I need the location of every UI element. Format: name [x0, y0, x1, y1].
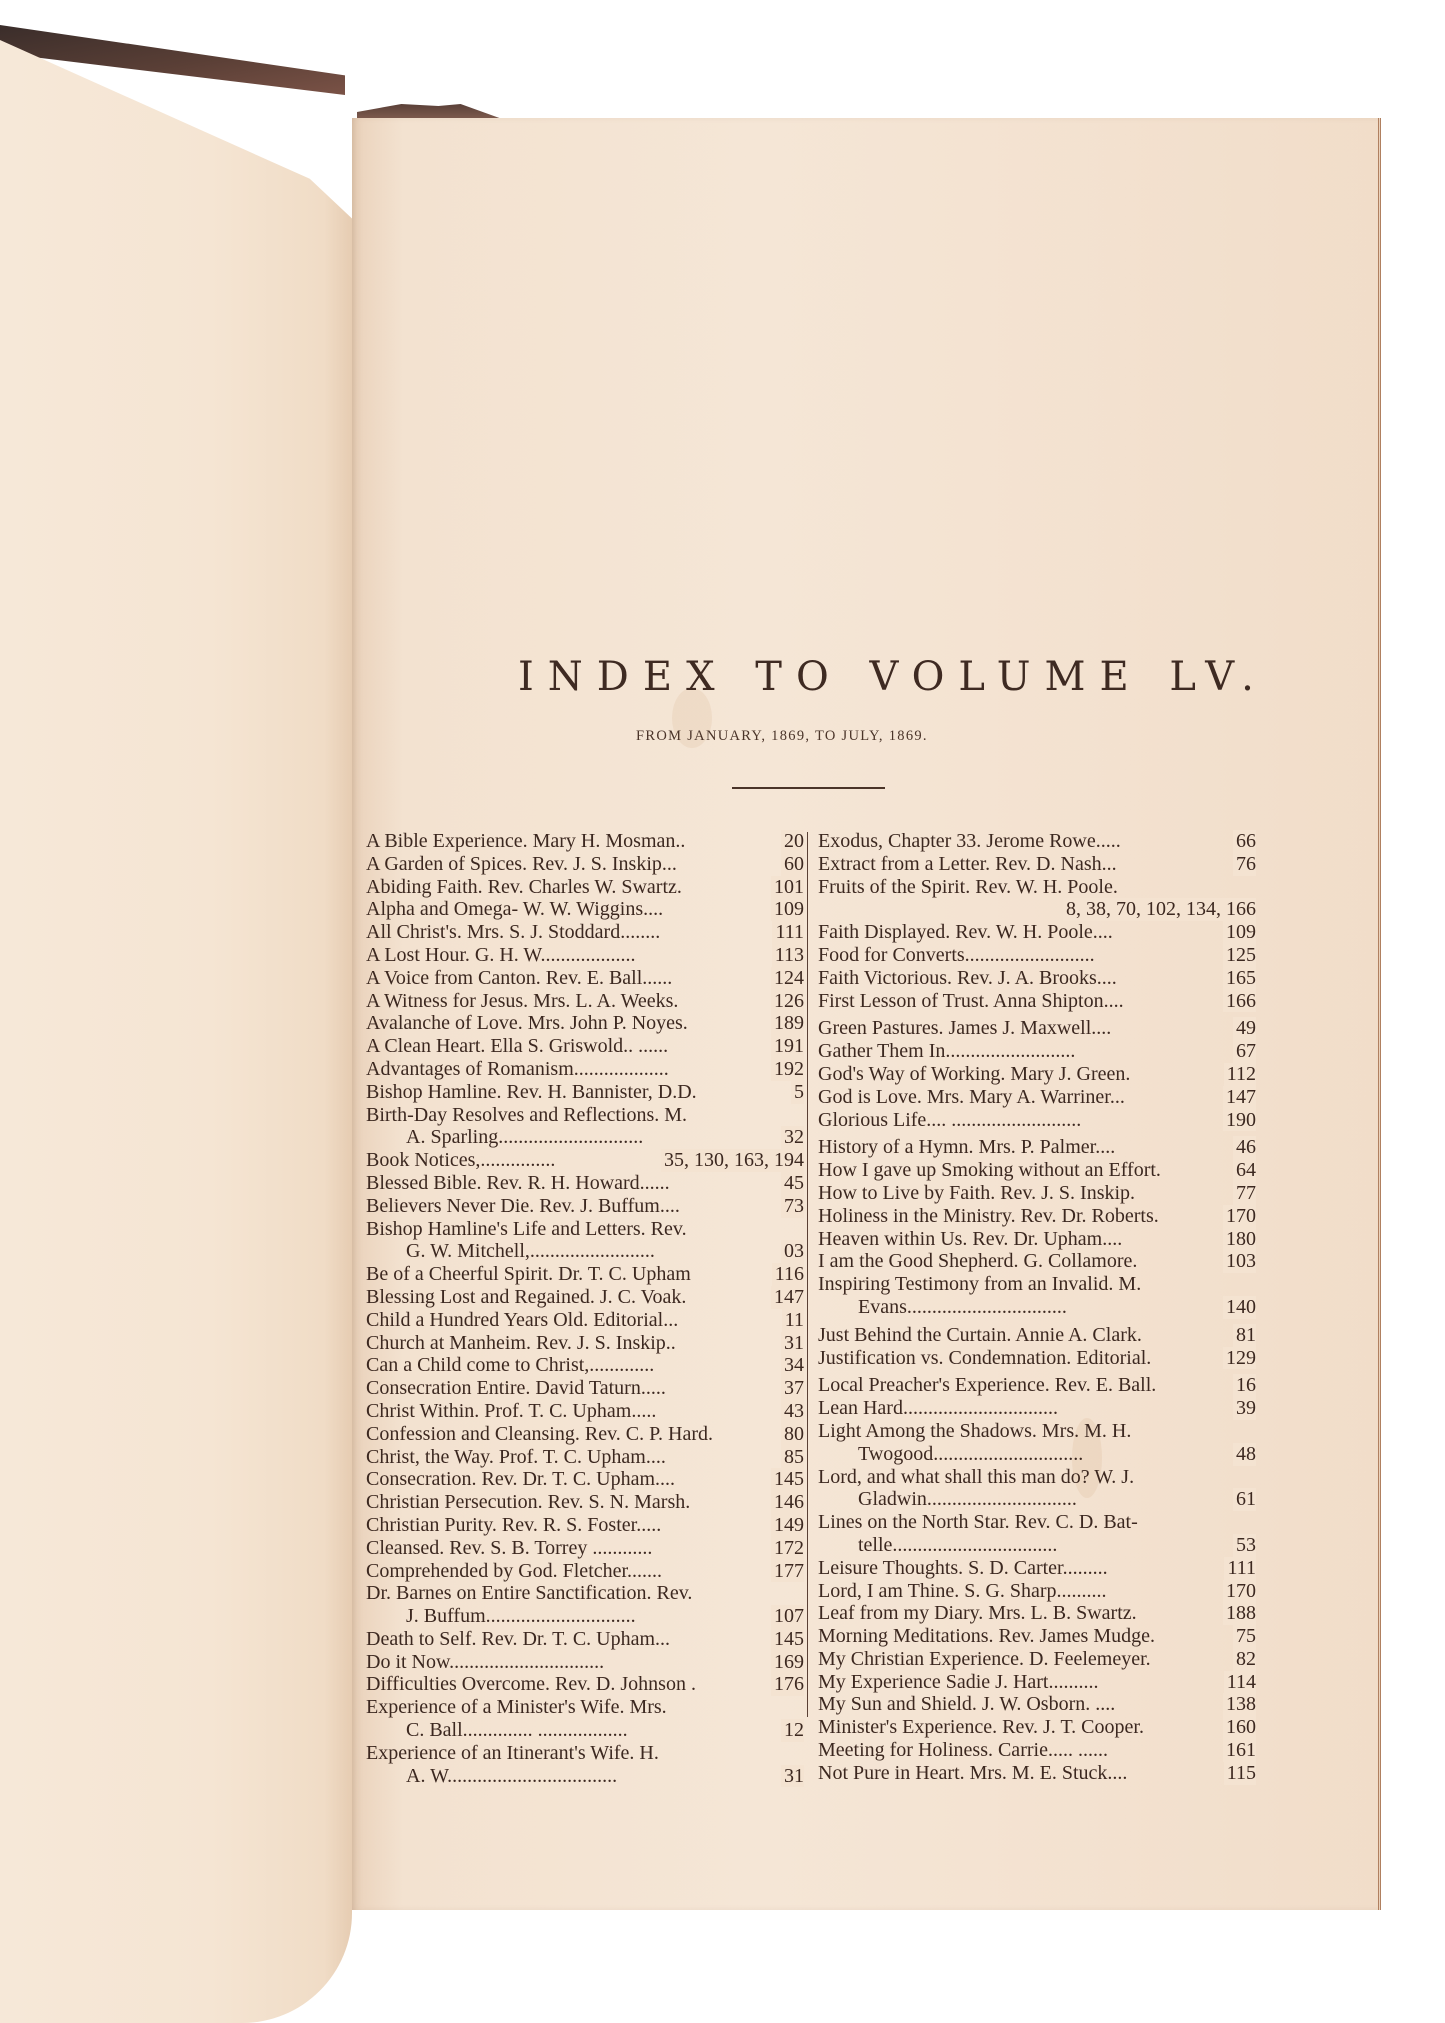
entry-page-number: 149: [771, 1514, 804, 1537]
entry-page-number: 109: [1223, 921, 1256, 944]
entry-title: Confession and Cleansing. Rev. C. P. Har…: [366, 1423, 713, 1445]
entry-page-number: 35, 130, 163, 194: [661, 1149, 804, 1172]
index-entry: A Witness for Jesus. Mrs. L. A. Weeks.12…: [366, 990, 804, 1013]
entry-page-number: 114: [1224, 1671, 1256, 1694]
entry-title: Christian Persecution. Rev. S. N. Marsh.: [366, 1491, 690, 1513]
entry-title: My Experience Sadie J. Hart..........: [818, 1671, 1098, 1693]
entry-title: Experience of an Itinerant's Wife. H.: [366, 1742, 659, 1764]
entry-page-number: 191: [771, 1035, 804, 1058]
index-entry: Christian Persecution. Rev. S. N. Marsh.…: [366, 1491, 804, 1514]
entry-page-number: 129: [1223, 1347, 1256, 1370]
entry-page-number: 76: [1233, 853, 1256, 876]
index-entry: Birth-Day Resolves and Reflections. M.: [366, 1104, 804, 1127]
entry-title: A Clean Heart. Ella S. Griswold.. ......: [366, 1035, 668, 1057]
index-entry: Leaf from my Diary. Mrs. L. B. Swartz.18…: [818, 1602, 1256, 1625]
index-entry: God's Way of Working. Mary J. Green.112: [818, 1063, 1256, 1086]
entry-title: Dr. Barnes on Entire Sanctification. Rev…: [366, 1582, 692, 1604]
entry-title: Evans................................: [858, 1296, 1067, 1318]
entry-page-number: 81: [1233, 1324, 1256, 1347]
entry-title: Twogood..............................: [858, 1443, 1083, 1465]
entry-title: Child a Hundred Years Old. Editorial...: [366, 1309, 678, 1331]
index-entry: Justification vs. Condemnation. Editoria…: [818, 1347, 1256, 1370]
entry-title: History of a Hymn. Mrs. P. Palmer....: [818, 1136, 1115, 1158]
index-entry: Christian Purity. Rev. R. S. Foster.....…: [366, 1514, 804, 1537]
entry-title: Gather Them In..........................: [818, 1040, 1075, 1062]
entry-title: Christian Purity. Rev. R. S. Foster.....: [366, 1514, 661, 1536]
index-entry: Gather Them In..........................…: [818, 1040, 1256, 1063]
index-entry: My Christian Experience. D. Feelemeyer.8…: [818, 1648, 1256, 1671]
entry-title: Consecration Entire. David Taturn.....: [366, 1377, 666, 1399]
page-subtitle: FROM JANUARY, 1869, TO JULY, 1869.: [636, 728, 928, 745]
entry-page-number: 66: [1233, 830, 1256, 853]
index-entry: Comprehended by God. Fletcher.......177: [366, 1560, 804, 1583]
index-entry: Experience of a Minister's Wife. Mrs.: [366, 1696, 804, 1719]
entry-page-number: 147: [1223, 1086, 1256, 1109]
entry-title: Light Among the Shadows. Mrs. M. H.: [818, 1420, 1131, 1442]
index-entry: C. Ball.............. ..................…: [366, 1719, 804, 1742]
index-entry: Consecration. Rev. Dr. T. C. Upham....14…: [366, 1468, 804, 1491]
entry-page-number: 115: [1224, 1762, 1256, 1785]
index-entry: Church at Manheim. Rev. J. S. Inskip..31: [366, 1332, 804, 1355]
index-entry: Glorious Life.... ......................…: [818, 1109, 1256, 1132]
entry-title: How I gave up Smoking without an Effort.: [818, 1159, 1161, 1181]
entry-title: telle.................................: [858, 1534, 1057, 1556]
entry-page-number: 61: [1233, 1488, 1256, 1511]
entry-title: I am the Good Shepherd. G. Collamore.: [818, 1250, 1137, 1272]
entry-page-number: 146: [771, 1491, 804, 1514]
entry-title: Blessed Bible. Rev. R. H. Howard......: [366, 1172, 670, 1194]
entry-page-number: 5: [791, 1081, 804, 1104]
entry-page-number: 166: [1223, 990, 1256, 1013]
entry-page-number: 16: [1233, 1374, 1256, 1397]
index-entry: All Christ's. Mrs. S. J. Stoddard.......…: [366, 921, 804, 944]
entry-title: Heaven within Us. Rev. Dr. Upham....: [818, 1228, 1122, 1250]
index-entry: Faith Displayed. Rev. W. H. Poole....109: [818, 921, 1256, 944]
index-entry: Christ Within. Prof. T. C. Upham.....43: [366, 1400, 804, 1423]
index-entry: Just Behind the Curtain. Annie A. Clark.…: [818, 1324, 1256, 1347]
entry-title: Difficulties Overcome. Rev. D. Johnson .: [366, 1673, 696, 1695]
index-entry: Death to Self. Rev. Dr. T. C. Upham...14…: [366, 1628, 804, 1651]
entry-title: A. Sparling.............................: [406, 1126, 643, 1148]
entry-page-number: 46: [1233, 1136, 1256, 1159]
entry-page-number: 107: [771, 1605, 804, 1628]
index-entry: Lines on the North Star. Rev. C. D. Bat-: [818, 1511, 1256, 1534]
index-entry: My Sun and Shield. J. W. Osborn. ....138: [818, 1693, 1256, 1716]
index-entry: A. W..................................31: [366, 1765, 804, 1788]
entry-title: First Lesson of Trust. Anna Shipton....: [818, 990, 1124, 1012]
index-entry: Leisure Thoughts. S. D. Carter.........1…: [818, 1557, 1256, 1580]
entry-page-number: 192: [771, 1058, 804, 1081]
entry-page-number: 189: [771, 1012, 804, 1035]
index-entry: A. Sparling.............................…: [366, 1126, 804, 1149]
entry-title: Glorious Life.... ......................…: [818, 1109, 1081, 1131]
entry-title: Christ, the Way. Prof. T. C. Upham....: [366, 1446, 666, 1468]
index-entry: Can a Child come to Christ,.............…: [366, 1354, 804, 1377]
entry-page-number: 34: [781, 1354, 804, 1377]
entry-title: Morning Meditations. Rev. James Mudge.: [818, 1625, 1155, 1647]
entry-title: Lord, I am Thine. S. G. Sharp..........: [818, 1580, 1107, 1602]
entry-title: Be of a Cheerful Spirit. Dr. T. C. Upham: [366, 1263, 691, 1285]
entry-page-number: 32: [781, 1126, 804, 1149]
index-entry: A Lost Hour. G. H. W...................1…: [366, 944, 804, 967]
entry-title: Lord, and what shall this man do? W. J.: [818, 1466, 1134, 1488]
index-entry: Experience of an Itinerant's Wife. H.: [366, 1742, 804, 1765]
entry-page-number: 190: [1223, 1109, 1256, 1132]
entry-title: Just Behind the Curtain. Annie A. Clark.: [818, 1324, 1142, 1346]
index-entry: Bishop Hamline. Rev. H. Bannister, D.D.5: [366, 1081, 804, 1104]
index-entry: Food for Converts.......................…: [818, 944, 1256, 967]
entry-title: Book Notices,...............: [366, 1149, 555, 1171]
index-entry: Confession and Cleansing. Rev. C. P. Har…: [366, 1423, 804, 1446]
entry-title: Meeting for Holiness. Carrie..... ......: [818, 1739, 1108, 1761]
entry-title: Do it Now...............................: [366, 1651, 604, 1673]
entry-title: Blessing Lost and Regained. J. C. Voak.: [366, 1286, 686, 1308]
entry-page-number: 31: [781, 1765, 804, 1788]
entry-title: Church at Manheim. Rev. J. S. Inskip..: [366, 1332, 676, 1354]
index-entry: A Voice from Canton. Rev. E. Ball......1…: [366, 967, 804, 990]
index-entry: Lord, I am Thine. S. G. Sharp..........1…: [818, 1580, 1256, 1603]
index-entry: A Clean Heart. Ella S. Griswold.. ......…: [366, 1035, 804, 1058]
index-entry: Morning Meditations. Rev. James Mudge.75: [818, 1625, 1256, 1648]
entry-title: Alpha and Omega- W. W. Wiggins....: [366, 898, 663, 920]
entry-page-number: 49: [1233, 1017, 1256, 1040]
entry-page-number: 170: [1223, 1580, 1256, 1603]
entry-title: How to Live by Faith. Rev. J. S. Inskip.: [818, 1182, 1135, 1204]
index-entry: Inspiring Testimony from an Invalid. M.: [818, 1273, 1256, 1296]
index-entry: Twogood..............................48: [818, 1443, 1256, 1466]
entry-page-number: 45: [781, 1172, 804, 1195]
entry-page-number: 111: [1224, 1557, 1256, 1580]
entry-page-number: 82: [1233, 1648, 1256, 1671]
index-entry: Exodus, Chapter 33. Jerome Rowe.....66: [818, 830, 1256, 853]
entry-page-number: 11: [782, 1309, 804, 1332]
entry-page-number: 48: [1233, 1443, 1256, 1466]
entry-page-number: 37: [781, 1377, 804, 1400]
entry-page-number: 77: [1233, 1182, 1256, 1205]
index-entry: Fruits of the Spirit. Rev. W. H. Poole.: [818, 876, 1256, 899]
entry-title: Minister's Experience. Rev. J. T. Cooper…: [818, 1716, 1144, 1738]
left-page: [0, 40, 352, 2023]
entry-page-number: 64: [1233, 1159, 1256, 1182]
entry-page-number: 116: [772, 1263, 804, 1286]
index-entry: Consecration Entire. David Taturn.....37: [366, 1377, 804, 1400]
title-rule: [732, 787, 885, 789]
index-entry: telle.................................53: [818, 1534, 1256, 1557]
index-entry: 8, 38, 70, 102, 134, 166: [818, 898, 1256, 921]
index-entry: Lord, and what shall this man do? W. J.: [818, 1466, 1256, 1489]
entry-title: Bishop Hamline's Life and Letters. Rev.: [366, 1218, 687, 1240]
entry-title: Cleansed. Rev. S. B. Torrey ............: [366, 1537, 652, 1559]
entry-page-number: 145: [771, 1628, 804, 1651]
index-entry: Minister's Experience. Rev. J. T. Cooper…: [818, 1716, 1256, 1739]
index-entry: Holiness in the Ministry. Rev. Dr. Rober…: [818, 1205, 1256, 1228]
index-entry: A Garden of Spices. Rev. J. S. Inskip...…: [366, 853, 804, 876]
entry-title: God is Love. Mrs. Mary A. Warriner...: [818, 1086, 1125, 1108]
index-entry: A Bible Experience. Mary H. Mosman..20: [366, 830, 804, 853]
entry-page-number: 39: [1233, 1397, 1256, 1420]
entry-title: My Sun and Shield. J. W. Osborn. ....: [818, 1693, 1115, 1715]
entry-title: Gladwin..............................: [858, 1488, 1077, 1510]
entry-title: Leaf from my Diary. Mrs. L. B. Swartz.: [818, 1602, 1137, 1624]
entry-page-number: 113: [772, 944, 804, 967]
index-column-right: Exodus, Chapter 33. Jerome Rowe.....66Ex…: [818, 830, 1256, 1785]
index-entry: Do it Now...............................…: [366, 1651, 804, 1674]
entry-page-number: 31: [781, 1332, 804, 1355]
entry-page-number: 85: [781, 1446, 804, 1469]
entry-title: Birth-Day Resolves and Reflections. M.: [366, 1104, 687, 1126]
entry-title: A Bible Experience. Mary H. Mosman..: [366, 830, 685, 852]
entry-page-number: 67: [1233, 1040, 1256, 1063]
entry-page-number: 75: [1233, 1625, 1256, 1648]
index-entry: Meeting for Holiness. Carrie..... ......…: [818, 1739, 1256, 1762]
index-entry: How I gave up Smoking without an Effort.…: [818, 1159, 1256, 1182]
entry-page-number: 177: [771, 1560, 804, 1583]
index-entry: J. Buffum..............................1…: [366, 1605, 804, 1628]
entry-title: Can a Child come to Christ,.............: [366, 1354, 654, 1376]
entry-page-number: 12: [781, 1719, 804, 1742]
index-entry: Green Pastures. James J. Maxwell....49: [818, 1017, 1256, 1040]
page-title: INDEX TO VOLUME LV.: [518, 654, 1268, 700]
index-entry: Believers Never Die. Rev. J. Buffum....7…: [366, 1195, 804, 1218]
entry-page-number: 165: [1223, 967, 1256, 990]
index-entry: Blessing Lost and Regained. J. C. Voak.1…: [366, 1286, 804, 1309]
index-entry: G. W. Mitchell,.........................…: [366, 1240, 804, 1263]
entry-page-number: 60: [781, 853, 804, 876]
index-entry: Christ, the Way. Prof. T. C. Upham....85: [366, 1446, 804, 1469]
entry-page-number: 20: [781, 830, 804, 853]
entry-title: A Witness for Jesus. Mrs. L. A. Weeks.: [366, 990, 678, 1012]
index-entry: Local Preacher's Experience. Rev. E. Bal…: [818, 1374, 1256, 1397]
entry-page-number: 101: [771, 876, 804, 899]
entry-page-number: 8, 38, 70, 102, 134, 166: [1063, 898, 1256, 921]
entry-page-number: 188: [1223, 1602, 1256, 1625]
entry-title: Death to Self. Rev. Dr. T. C. Upham...: [366, 1628, 670, 1650]
entry-page-number: 147: [771, 1286, 804, 1309]
entry-title: Lean Hard...............................: [818, 1397, 1058, 1419]
index-entry: History of a Hymn. Mrs. P. Palmer....46: [818, 1136, 1256, 1159]
entry-title: Local Preacher's Experience. Rev. E. Bal…: [818, 1374, 1156, 1396]
index-entry: I am the Good Shepherd. G. Collamore.103: [818, 1250, 1256, 1273]
index-entry: First Lesson of Trust. Anna Shipton....1…: [818, 990, 1256, 1013]
entry-title: Comprehended by God. Fletcher.......: [366, 1560, 662, 1582]
entry-page-number: 126: [771, 990, 804, 1013]
index-entry: Book Notices,...............35, 130, 163…: [366, 1149, 804, 1172]
index-entry: Faith Victorious. Rev. J. A. Brooks....1…: [818, 967, 1256, 990]
entry-page-number: 169: [771, 1651, 804, 1674]
index-entry: Gladwin..............................61: [818, 1488, 1256, 1511]
entry-title: Inspiring Testimony from an Invalid. M.: [818, 1273, 1141, 1295]
index-entry: Advantages of Romanism..................…: [366, 1058, 804, 1081]
entry-title: A. W..................................: [406, 1765, 617, 1787]
entry-title: A Garden of Spices. Rev. J. S. Inskip...: [366, 853, 677, 875]
index-entry: Avalanche of Love. Mrs. John P. Noyes.18…: [366, 1012, 804, 1035]
index-entry: Difficulties Overcome. Rev. D. Johnson .…: [366, 1673, 804, 1696]
entry-page-number: 140: [1223, 1296, 1256, 1319]
index-entry: Blessed Bible. Rev. R. H. Howard......45: [366, 1172, 804, 1195]
entry-title: Bishop Hamline. Rev. H. Bannister, D.D.: [366, 1081, 697, 1103]
index-column-left: A Bible Experience. Mary H. Mosman..20A …: [366, 830, 804, 1787]
index-entry: Light Among the Shadows. Mrs. M. H.: [818, 1420, 1256, 1443]
entry-page-number: 145: [771, 1468, 804, 1491]
index-entry: Lean Hard...............................…: [818, 1397, 1256, 1420]
entry-title: Faith Displayed. Rev. W. H. Poole....: [818, 921, 1113, 943]
entry-title: Extract from a Letter. Rev. D. Nash...: [818, 853, 1117, 875]
index-entry: Cleansed. Rev. S. B. Torrey ............…: [366, 1537, 804, 1560]
entry-title: Food for Converts.......................…: [818, 944, 1095, 966]
entry-title: Avalanche of Love. Mrs. John P. Noyes.: [366, 1012, 688, 1034]
entry-page-number: 73: [781, 1195, 804, 1218]
entry-title: Leisure Thoughts. S. D. Carter.........: [818, 1557, 1108, 1579]
entry-title: Believers Never Die. Rev. J. Buffum....: [366, 1195, 680, 1217]
index-entry: Be of a Cheerful Spirit. Dr. T. C. Upham…: [366, 1263, 804, 1286]
index-entry: Evans................................140: [818, 1296, 1256, 1319]
entry-title: Lines on the North Star. Rev. C. D. Bat-: [818, 1511, 1138, 1533]
entry-page-number: 80: [781, 1423, 804, 1446]
index-entry: Heaven within Us. Rev. Dr. Upham....180: [818, 1228, 1256, 1251]
index-entry: Bishop Hamline's Life and Letters. Rev.: [366, 1218, 804, 1241]
index-entry: My Experience Sadie J. Hart..........114: [818, 1671, 1256, 1694]
entry-page-number: 180: [1223, 1228, 1256, 1251]
entry-title: G. W. Mitchell,.........................: [406, 1240, 655, 1262]
entry-page-number: 160: [1223, 1716, 1256, 1739]
entry-title: Not Pure in Heart. Mrs. M. E. Stuck....: [818, 1762, 1127, 1784]
index-entry: Dr. Barnes on Entire Sanctification. Rev…: [366, 1582, 804, 1605]
entry-title: Consecration. Rev. Dr. T. C. Upham....: [366, 1468, 675, 1490]
entry-title: Advantages of Romanism..................…: [366, 1058, 669, 1080]
entry-page-number: 03: [781, 1240, 804, 1263]
index-entry: Extract from a Letter. Rev. D. Nash...76: [818, 853, 1256, 876]
entry-page-number: 103: [1223, 1250, 1256, 1273]
entry-title: Holiness in the Ministry. Rev. Dr. Rober…: [818, 1205, 1159, 1227]
entry-title: Green Pastures. James J. Maxwell....: [818, 1017, 1111, 1039]
index-entry: Alpha and Omega- W. W. Wiggins....109: [366, 898, 804, 921]
index-entry: Abiding Faith. Rev. Charles W. Swartz.10…: [366, 876, 804, 899]
entry-page-number: 109: [771, 898, 804, 921]
column-divider: [807, 832, 808, 1717]
entry-page-number: 176: [771, 1673, 804, 1696]
entry-title: C. Ball.............. ..................: [406, 1719, 628, 1741]
entry-title: God's Way of Working. Mary J. Green.: [818, 1063, 1130, 1085]
entry-title: My Christian Experience. D. Feelemeyer.: [818, 1648, 1151, 1670]
entry-title: Christ Within. Prof. T. C. Upham.....: [366, 1400, 656, 1422]
entry-page-number: 43: [781, 1400, 804, 1423]
index-entry: Child a Hundred Years Old. Editorial...1…: [366, 1309, 804, 1332]
entry-title: All Christ's. Mrs. S. J. Stoddard.......…: [366, 921, 660, 943]
entry-page-number: 170: [1223, 1205, 1256, 1228]
entry-page-number: 124: [771, 967, 804, 990]
entry-title: Abiding Faith. Rev. Charles W. Swartz.: [366, 876, 682, 898]
index-entry: Not Pure in Heart. Mrs. M. E. Stuck....1…: [818, 1762, 1256, 1785]
entry-title: J. Buffum..............................: [406, 1605, 636, 1627]
entry-page-number: 112: [1224, 1063, 1256, 1086]
index-entry: How to Live by Faith. Rev. J. S. Inskip.…: [818, 1182, 1256, 1205]
entry-page-number: 125: [1223, 944, 1256, 967]
entry-title: Faith Victorious. Rev. J. A. Brooks....: [818, 967, 1117, 989]
entry-page-number: 53: [1233, 1534, 1256, 1557]
entry-title: Justification vs. Condemnation. Editoria…: [818, 1347, 1151, 1369]
index-entry: God is Love. Mrs. Mary A. Warriner...147: [818, 1086, 1256, 1109]
entry-title: Fruits of the Spirit. Rev. W. H. Poole.: [818, 876, 1118, 898]
entry-title: A Voice from Canton. Rev. E. Ball......: [366, 967, 672, 989]
entry-page-number: 172: [771, 1537, 804, 1560]
entry-title: A Lost Hour. G. H. W...................: [366, 944, 635, 966]
entry-title: Experience of a Minister's Wife. Mrs.: [366, 1696, 667, 1718]
entry-page-number: 138: [1223, 1693, 1256, 1716]
entry-title: Exodus, Chapter 33. Jerome Rowe.....: [818, 830, 1121, 852]
entry-page-number: 111: [772, 921, 804, 944]
entry-page-number: 161: [1223, 1739, 1256, 1762]
